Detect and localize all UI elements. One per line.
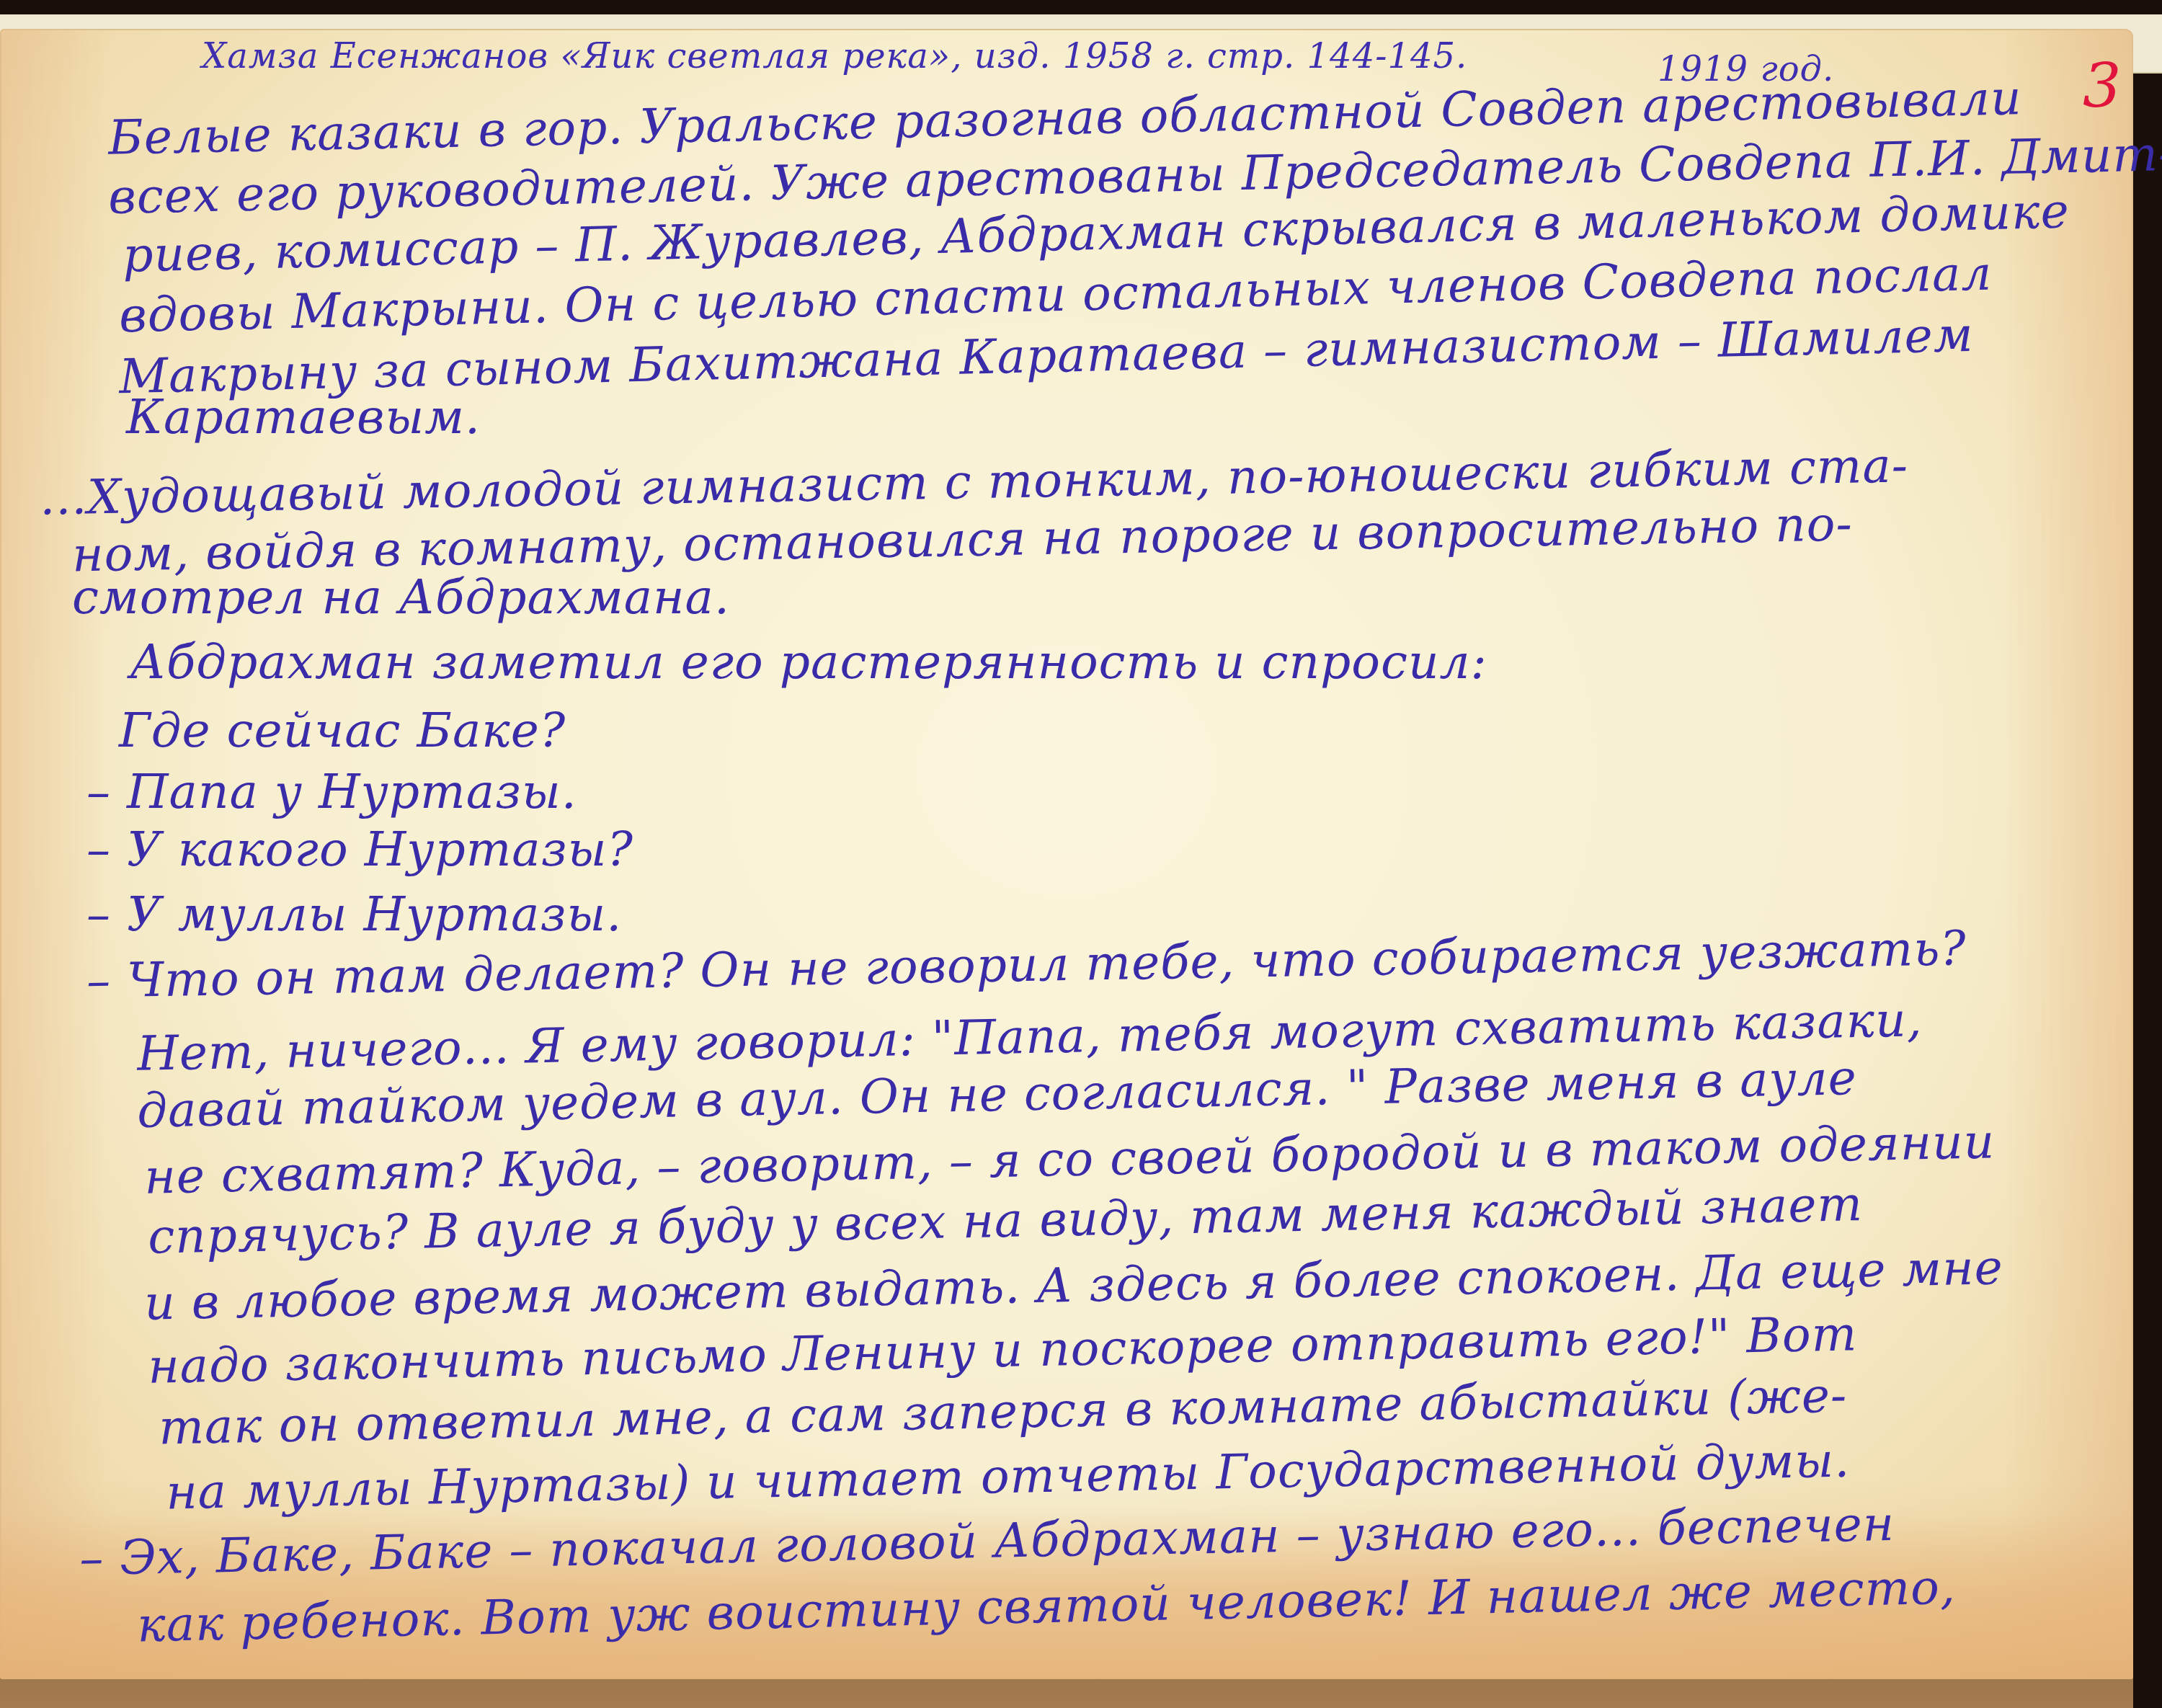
text-line: – У какого Нуртазы? [86, 822, 633, 877]
text-line: – У муллы Нуртазы. [86, 886, 622, 942]
text-line: смотрел на Абдрахмана. [72, 569, 730, 625]
text-line: Где сейчас Баке? [119, 703, 566, 758]
scanned-page: Хамза Есенжанов «Яик светлая река», изд.… [0, 0, 2162, 1686]
text-line: – Папа у Нуртазы. [86, 764, 577, 819]
text-line: Абдрахман заметил его растерянность и сп… [130, 634, 1487, 690]
page-number: 3 [2083, 50, 2121, 121]
source-citation: Хамза Есенжанов «Яик светлая река», изд.… [202, 36, 1467, 76]
text-line: Каратаевым. [126, 389, 481, 445]
